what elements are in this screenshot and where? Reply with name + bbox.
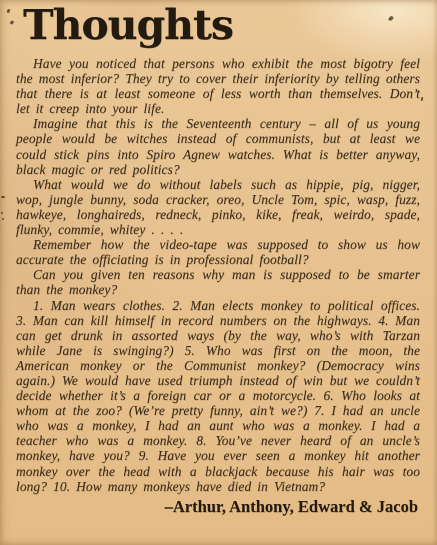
paragraph-numbered-list: 1. Man wears clothes. 2. Man elects monk…: [16, 298, 420, 494]
paragraph-video-tape: Remember how the video-tape was supposed…: [16, 237, 420, 267]
article-title: Thoughts: [23, 2, 420, 49]
article-body: Have you noticed that persons who exhibi…: [16, 56, 420, 494]
scan-speck: [1, 196, 5, 198]
scan-speck: [10, 20, 15, 25]
paragraph-labels: What would we do without labels such as …: [16, 177, 420, 237]
paragraph-seventeenth-century: Imagine that this is the Seventeenth cen…: [16, 116, 420, 176]
byline: –Arthur, Anthony, Edward & Jacob: [16, 497, 420, 517]
newspaper-clipping: Thoughts Have you noticed that persons w…: [0, 0, 437, 545]
paragraph-bigotry: Have you noticed that persons who exhibi…: [16, 56, 420, 116]
scan-speck: [421, 97, 424, 101]
scan-speck: [2, 218, 4, 220]
scan-speck: [1, 212, 3, 214]
paragraph-ten-reasons-question: Can you given ten reasons why man is sup…: [16, 267, 420, 297]
scan-speck: [6, 9, 10, 14]
